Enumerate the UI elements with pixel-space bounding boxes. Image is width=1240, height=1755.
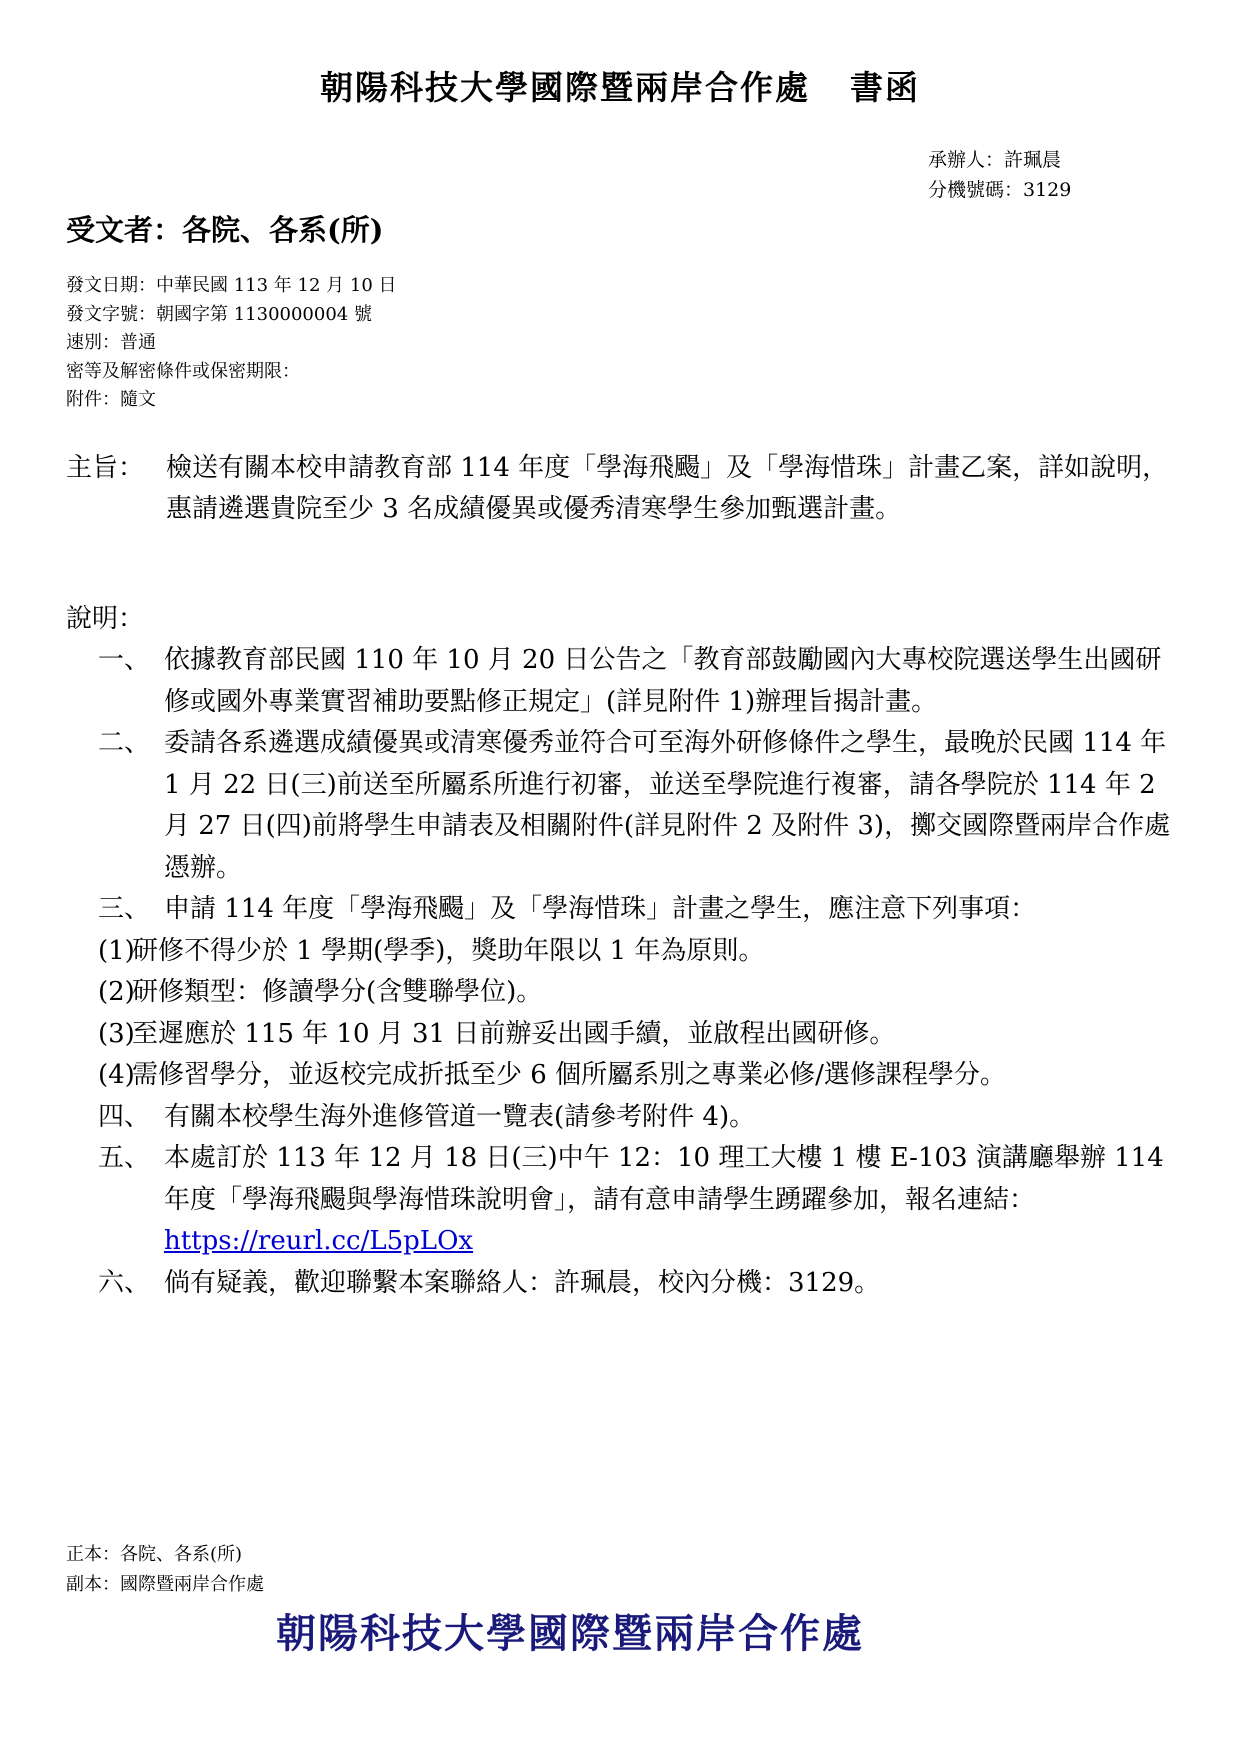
item-number: 五、 <box>98 1138 150 1180</box>
subitem-text: 研修類型：修讀學分(含雙聯學位)。 <box>132 972 1178 1014</box>
classification: 密等及解密條件或保密期限： <box>66 358 397 387</box>
subitem: (1) 研修不得少於 1 學期(學季)，獎助年限以 1 年為原則。 <box>66 931 1178 973</box>
item-text: 倘有疑義，歡迎聯繫本案聯絡人：許珮晨，校內分機：3129。 <box>164 1268 880 1298</box>
item-number: 四、 <box>98 1097 150 1139</box>
original-recipients: 正本：各院、各系(所) <box>66 1540 264 1570</box>
subitem-text: 研修不得少於 1 學期(學季)，獎助年限以 1 年為原則。 <box>132 931 1178 973</box>
explanation-item: 二、 委請各系遴選成績優異或清寒優秀並符合可至海外研修條件之學生，最晚於民國 1… <box>98 723 1178 889</box>
subitem-number: (2) <box>98 972 135 1014</box>
issue-date: 發文日期：中華民國 113 年 12 月 10 日 <box>66 272 397 301</box>
extension: 分機號碼：3129 <box>928 175 1071 205</box>
title-org: 朝陽科技大學國際暨兩岸合作處 <box>320 68 810 107</box>
subject-label: 主旨： <box>66 448 144 489</box>
speed: 速別：普通 <box>66 329 397 358</box>
explanation-label: 說明： <box>66 598 144 635</box>
item-text: 有關本校學生海外進修管道一覽表(請參考附件 4)。 <box>164 1102 755 1132</box>
document-title: 朝陽科技大學國際暨兩岸合作處書函 <box>0 62 1240 109</box>
explanation-item: 三、 申請 114 年度「學海飛颺」及「學海惜珠」計畫之學生，應注意下列事項： <box>98 889 1178 931</box>
doc-number: 發文字號：朝國字第 1130000004 號 <box>66 301 397 330</box>
explanation-list: 一、 依據教育部民國 110 年 10 月 20 日公告之「教育部鼓勵國內大專校… <box>98 640 1178 1304</box>
subject-block: 主旨： 檢送有關本校申請教育部 114 年度「學海飛颺」及「學海惜珠」計畫乙案，… <box>66 448 1176 530</box>
subitem-number: (3) <box>98 1014 135 1056</box>
item-number: 六、 <box>98 1263 150 1305</box>
subject-text: 檢送有關本校申請教育部 114 年度「學海飛颺」及「學海惜珠」計畫乙案，詳如說明… <box>166 448 1176 530</box>
subitem-list: (1) 研修不得少於 1 學期(學季)，獎助年限以 1 年為原則。 (2) 研修… <box>98 931 1178 1097</box>
recipient: 受文者：各院、各系(所) <box>66 208 383 249</box>
subitem-number: (1) <box>98 931 135 973</box>
subitem: (3) 至遲應於 115 年 10 月 31 日前辦妥出國手續，並啟程出國研修。 <box>66 1014 1178 1056</box>
attachment: 附件：隨文 <box>66 386 397 415</box>
item-text: 委請各系遴選成績優異或清寒優秀並符合可至海外研修條件之學生，最晚於民國 114 … <box>164 728 1170 883</box>
item-number: 一、 <box>98 640 150 682</box>
explanation-item: 四、 有關本校學生海外進修管道一覽表(請參考附件 4)。 <box>98 1097 1178 1139</box>
subitem: (4) 需修習學分，並返校完成折抵至少 6 個所屬系別之專業必修/選修課程學分。 <box>66 1055 1178 1097</box>
title-doc-type: 書函 <box>850 68 920 107</box>
registration-link[interactable]: https://reurl.cc/L5pLOx <box>164 1226 473 1256</box>
footer-org-seal: 朝陽科技大學國際暨兩岸合作處 <box>276 1602 864 1659</box>
contact-block: 承辦人：許珮晨 分機號碼：3129 <box>928 145 1071 205</box>
subitem: (2) 研修類型：修讀學分(含雙聯學位)。 <box>66 972 1178 1014</box>
item-text: 依據教育部民國 110 年 10 月 20 日公告之「教育部鼓勵國內大專校院選送… <box>164 645 1161 717</box>
explanation-item: 五、 本處訂於 113 年 12 月 18 日(三)中午 12：10 理工大樓 … <box>98 1138 1178 1263</box>
subitem-text: 需修習學分，並返校完成折抵至少 6 個所屬系別之專業必修/選修課程學分。 <box>132 1055 1178 1097</box>
item-number: 二、 <box>98 723 150 765</box>
item-text: 本處訂於 113 年 12 月 18 日(三)中午 12：10 理工大樓 1 樓… <box>164 1143 1164 1215</box>
meta-block: 發文日期：中華民國 113 年 12 月 10 日 發文字號：朝國字第 1130… <box>66 272 397 415</box>
explanation-item: 六、 倘有疑義，歡迎聯繫本案聯絡人：許珮晨，校內分機：3129。 <box>98 1263 1178 1305</box>
item-text: 申請 114 年度「學海飛颺」及「學海惜珠」計畫之學生，應注意下列事項： <box>164 894 1036 924</box>
item-number: 三、 <box>98 889 150 931</box>
copies-block: 正本：各院、各系(所) 副本：國際暨兩岸合作處 <box>66 1540 264 1600</box>
subitem-text: 至遲應於 115 年 10 月 31 日前辦妥出國手續，並啟程出國研修。 <box>132 1014 1178 1056</box>
explanation-item: 一、 依據教育部民國 110 年 10 月 20 日公告之「教育部鼓勵國內大專校… <box>98 640 1178 723</box>
handler: 承辦人：許珮晨 <box>928 145 1071 175</box>
copy-recipients: 副本：國際暨兩岸合作處 <box>66 1570 264 1600</box>
subitem-number: (4) <box>98 1055 135 1097</box>
